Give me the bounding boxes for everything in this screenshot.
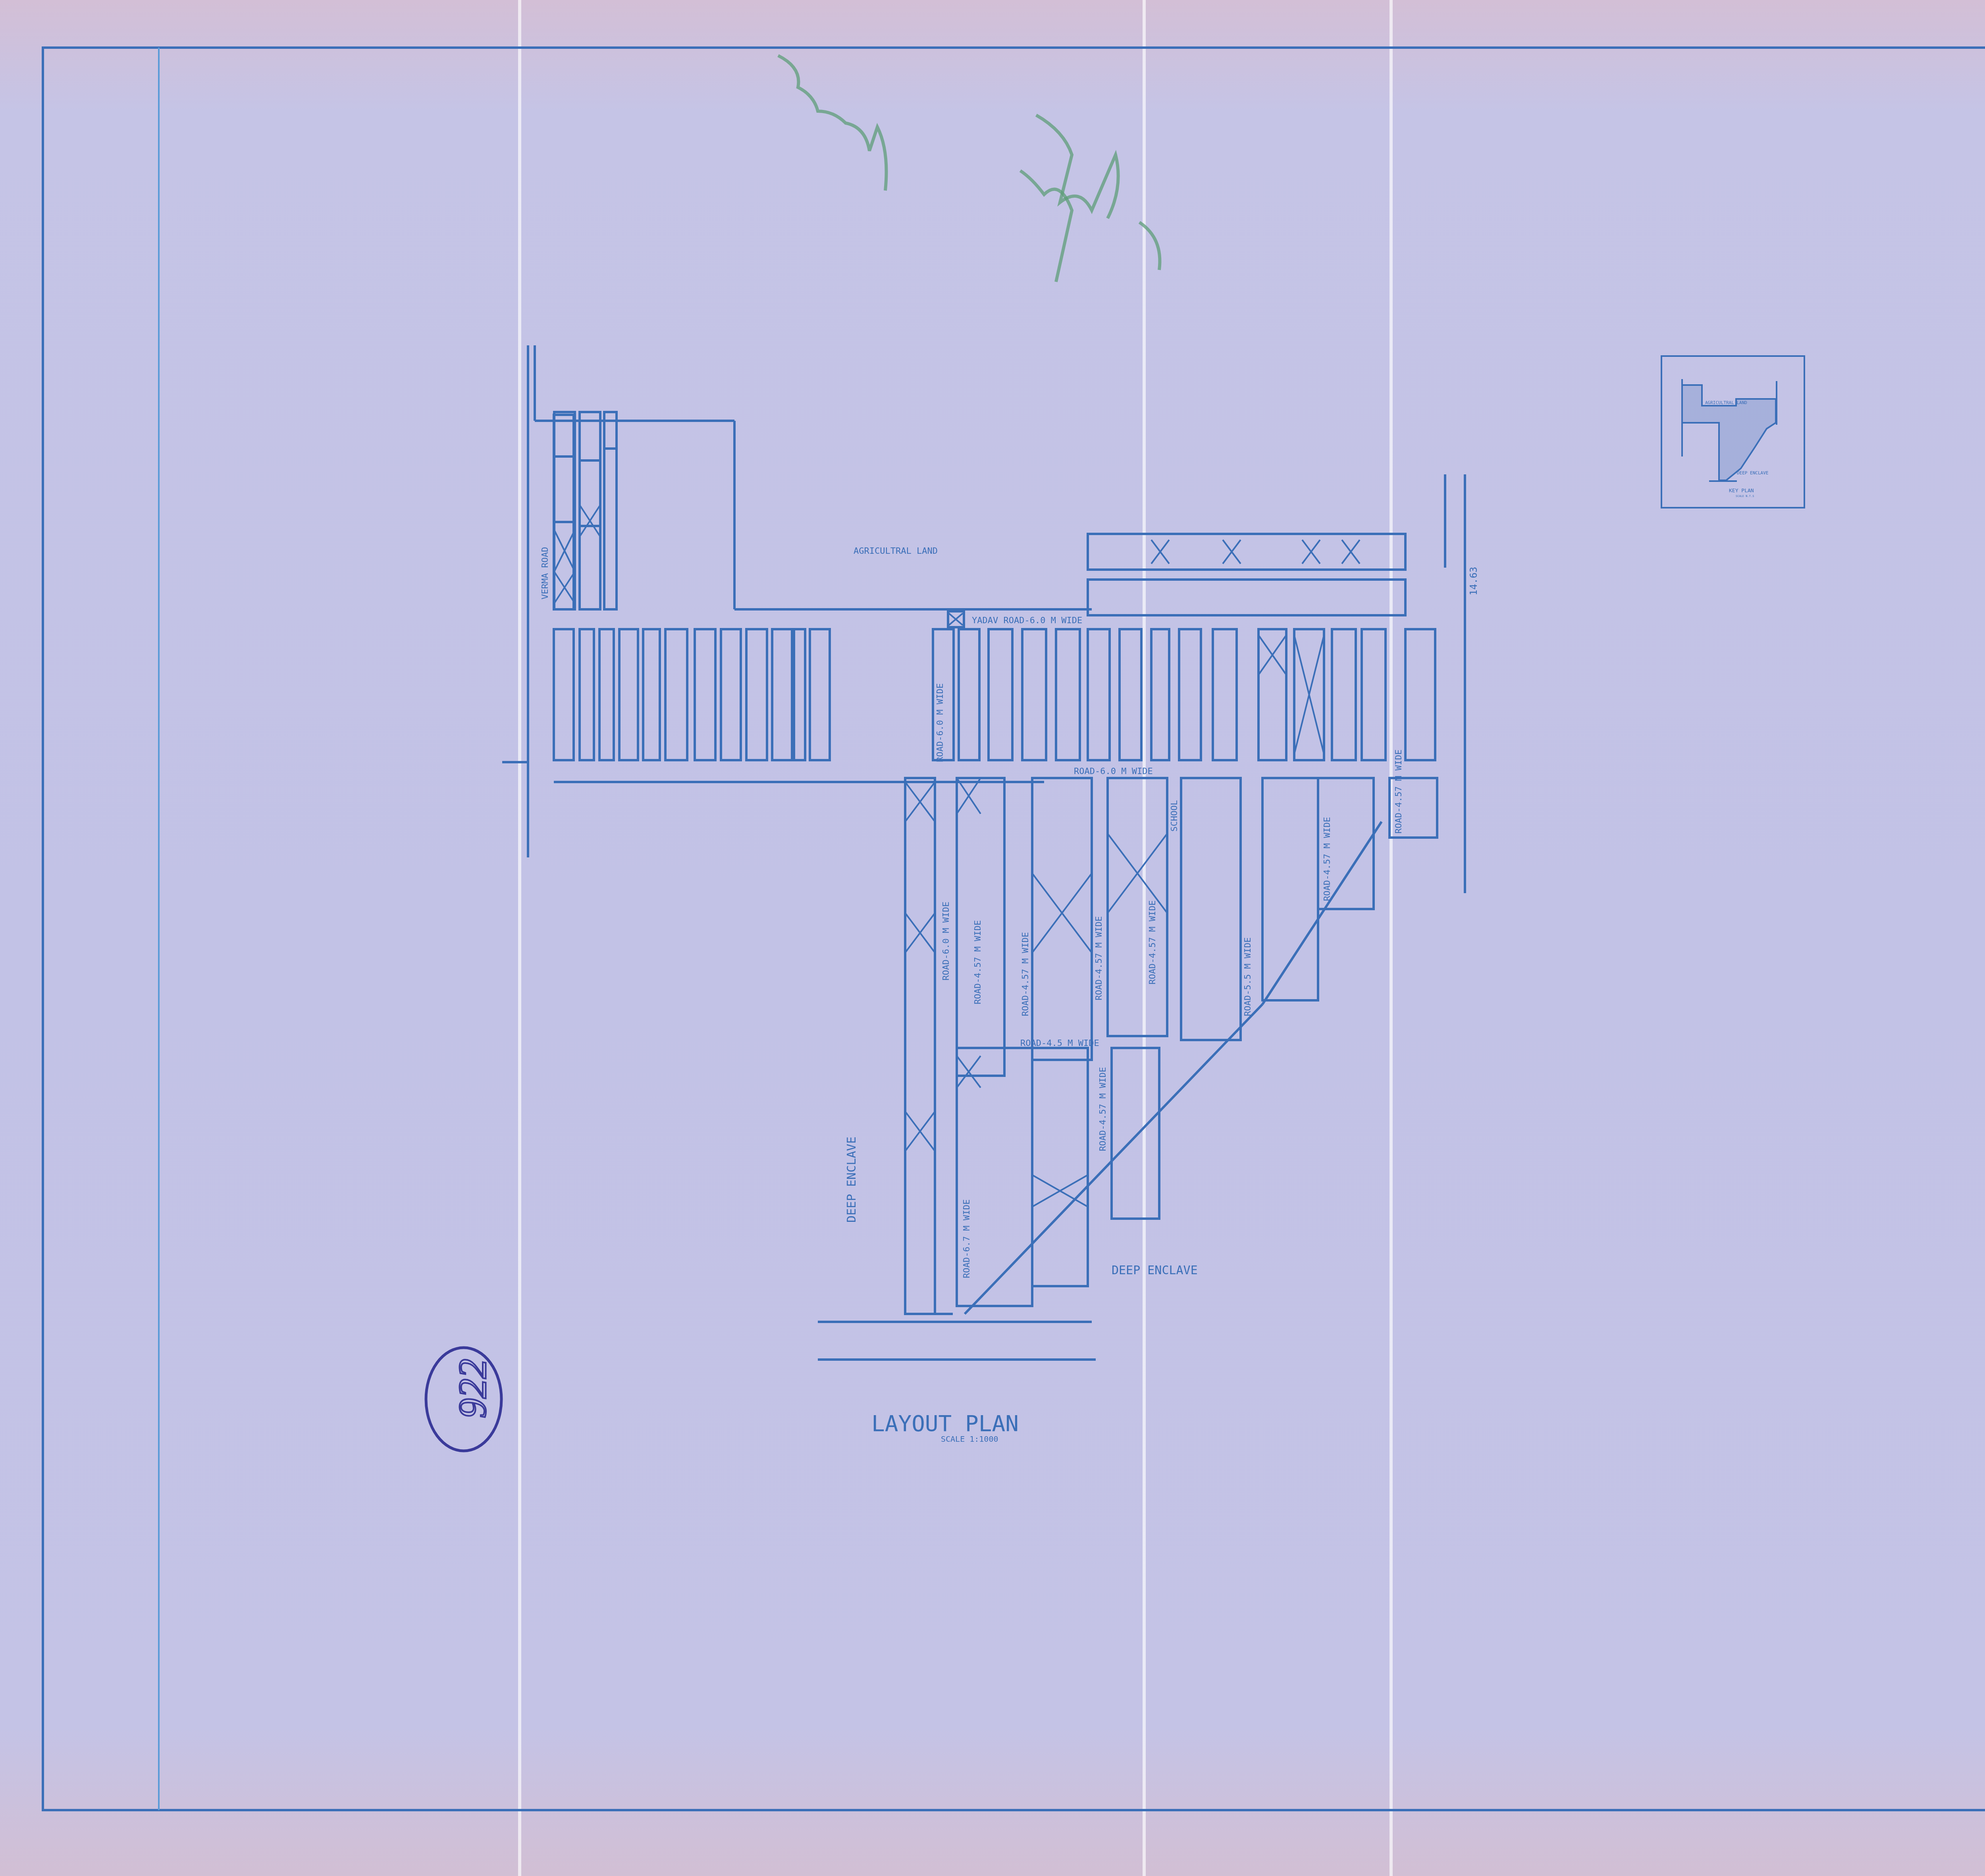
svg-text:KEY PLAN: KEY PLAN [1729, 488, 1754, 494]
deep-enclave-vertical-label: DEEP ENCLAVE [845, 1136, 859, 1223]
svg-text:ROAD-4.57 M WIDE: ROAD-4.57 M WIDE [1148, 900, 1158, 984]
row-yadav [933, 629, 1435, 760]
road-6-7-label: ROAD-6.7 M WIDE [962, 1199, 972, 1278]
road-6m-horizontal-label: ROAD-6.0 M WIDE [1074, 767, 1153, 776]
deep-enclave-horizontal-label: DEEP ENCLAVE [1112, 1264, 1198, 1277]
key-plan: AGRICULTRAL LAND DEEP ENCLAVE KEY PLAN S… [1661, 356, 1804, 508]
agricultural-land-label: AGRICULTRAL LAND [854, 546, 938, 556]
yadav-road-label: YADAV ROAD-6.0 M WIDE [972, 616, 1082, 626]
svg-text:ROAD-4.57 M WIDE: ROAD-4.57 M WIDE [1021, 932, 1031, 1016]
sheet-border [43, 48, 1985, 1810]
svg-text:922: 922 [450, 1359, 494, 1418]
plan-title: LAYOUT PLAN [871, 1411, 1019, 1437]
svg-text:ROAD-4.57 M WIDE: ROAD-4.57 M WIDE [1098, 1067, 1108, 1151]
svg-text:ROAD-4.57 M WIDE: ROAD-4.57 M WIDE [1322, 817, 1332, 901]
road-5-5-label: ROAD-5.5 M WIDE [1243, 937, 1253, 1016]
circled-922-annotation: 922 [426, 1348, 501, 1451]
svg-text:ROAD-4.57 M WIDE: ROAD-4.57 M WIDE [1094, 916, 1104, 1000]
road-4-5-label: ROAD-4.5 M WIDE [1020, 1038, 1099, 1048]
row-yadav-south [554, 629, 830, 760]
svg-text:AGRICULTRAL LAND: AGRICULTRAL LAND [1705, 400, 1747, 405]
svg-text:ROAD-4.57 M WIDE: ROAD-4.57 M WIDE [973, 920, 983, 1004]
svg-text:DEEP ENCLAVE: DEEP ENCLAVE [1737, 470, 1768, 476]
dimension-label: 14.63 [1468, 567, 1479, 595]
road-6m-vertical-label: ROAD-6.0 M WIDE [935, 683, 945, 762]
layout-plan: 14.63 [502, 345, 1479, 1444]
verma-road-label: VERMA ROAD [540, 547, 550, 599]
green-handwriting-annotation [778, 56, 1160, 282]
layout-drawing: NOTES:- BUILT. LAND TRANSFARMER NYADAR E… [0, 0, 1985, 1876]
svg-text:SCALE N.T.S: SCALE N.T.S [1736, 495, 1754, 498]
svg-text:ROAD-4.57 M WIDE: ROAD-4.57 M WIDE [1394, 749, 1404, 834]
plan-scale: SCALE 1:1000 [941, 1434, 998, 1444]
road-6m-vertical-2-label: ROAD-6.0 M WIDE [941, 901, 951, 980]
school-label: SCHOOL [1170, 800, 1179, 832]
